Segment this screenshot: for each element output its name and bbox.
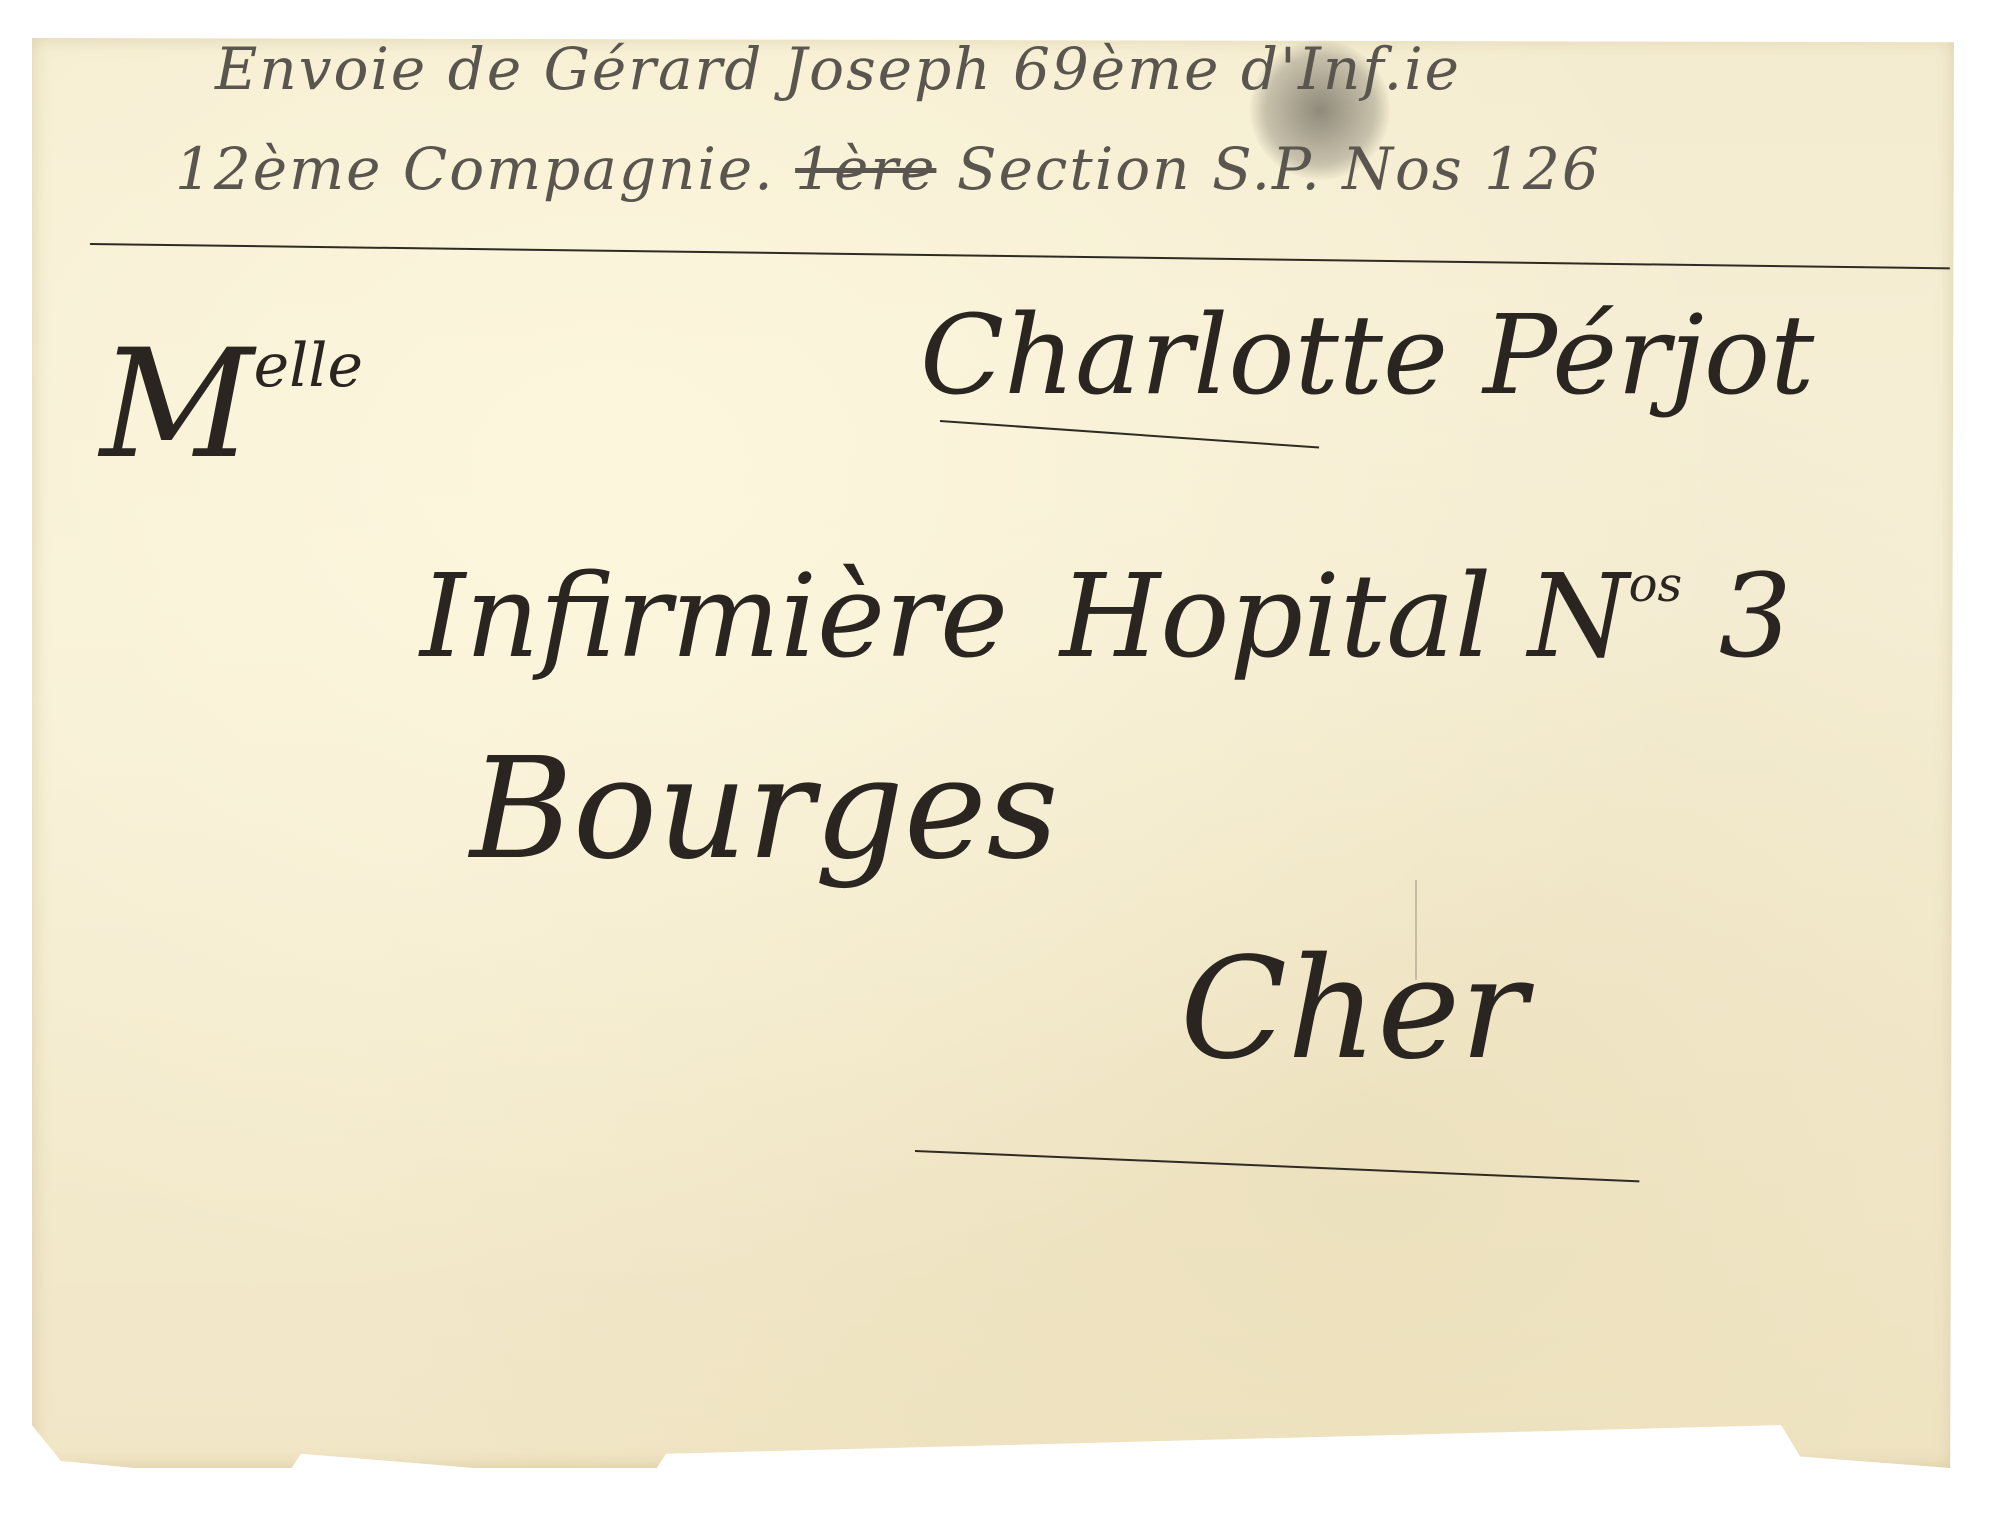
- salutation-suffix: elle: [254, 331, 363, 401]
- salutation: Melle: [100, 330, 363, 480]
- recipient-occupation: Infirmière: [420, 560, 1008, 675]
- salutation-initial: M: [100, 318, 254, 492]
- recipient-city: Bourges: [470, 740, 1059, 880]
- sender-company: 12ème Compagnie.: [175, 135, 775, 203]
- recipient-department: Cher: [1180, 940, 1527, 1080]
- recipient-hospital: Hopital Nos 3: [1060, 560, 1792, 675]
- recipient-name: Charlotte Pérjot: [920, 300, 1814, 410]
- sender-line-2: 12ème Compagnie. 1ère Section S.P. Nos 1…: [175, 140, 1601, 198]
- sender-section: Section S.P. Nos 126: [957, 135, 1601, 203]
- hospital-number-suffix: os: [1629, 557, 1683, 613]
- sender-struck-text: 1ère: [795, 135, 936, 203]
- hospital-number: 3: [1682, 550, 1792, 684]
- hospital-label: Hopital N: [1060, 550, 1629, 684]
- sender-line-1: Envoie de Gérard Joseph 69ème d'Inf.ie: [215, 40, 1461, 98]
